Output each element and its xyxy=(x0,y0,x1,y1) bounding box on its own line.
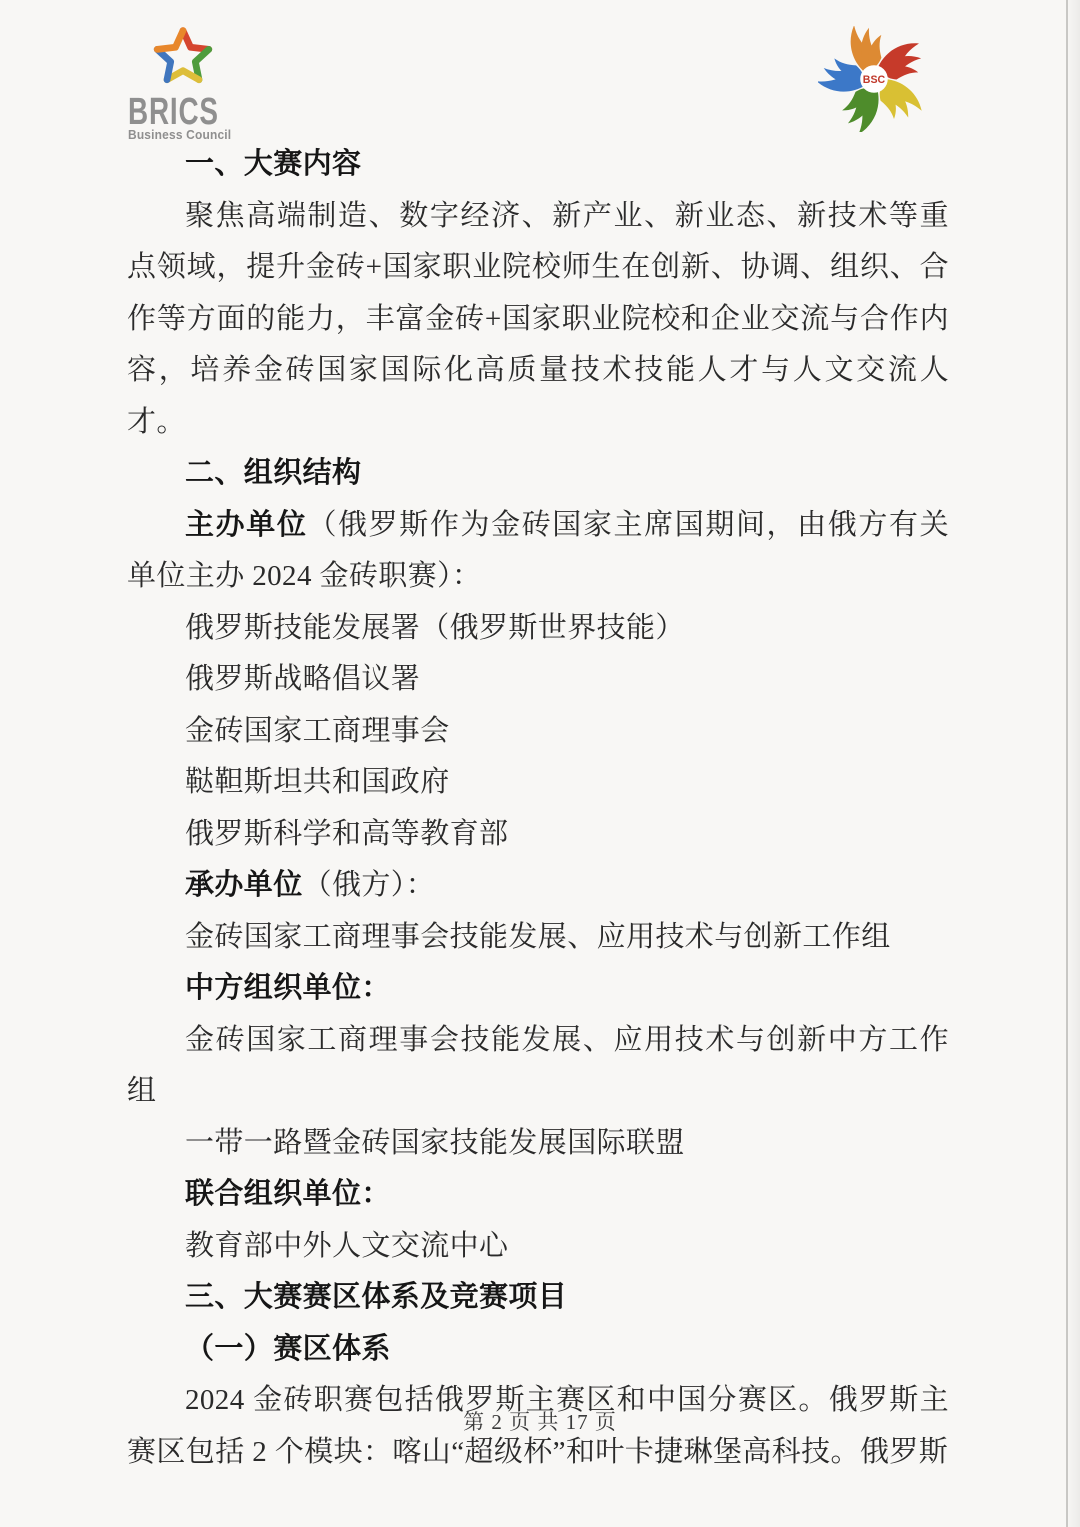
text-line: 金砖国家工商理事会技能发展、应用技术与创新中方工作组 xyxy=(127,1015,949,1118)
text-line: 聚焦高端制造、数字经济、新产业、新业态、新技术等重点领域，提升金砖+国家职业院校… xyxy=(127,191,949,449)
heading: 二、组织结构 xyxy=(127,448,949,500)
document-body: 一、大赛内容聚焦高端制造、数字经济、新产业、新业态、新技术等重点领域，提升金砖+… xyxy=(127,139,949,1478)
heading: 联合组织单位： xyxy=(127,1169,949,1221)
text-line: 金砖国家工商理事会技能发展、应用技术与创新工作组 xyxy=(127,912,949,964)
text-line: 主办单位（俄罗斯作为金砖国家主席国期间，由俄方有关单位主办 2024 金砖职赛）… xyxy=(127,500,949,603)
text-line: 金砖国家工商理事会 xyxy=(127,706,949,758)
bsc-logo: BSC xyxy=(818,26,930,132)
text-line: 教育部中外人文交流中心 xyxy=(127,1221,949,1273)
bold-label: 承办单位 xyxy=(185,869,303,901)
heading: 三、大赛赛区体系及竞赛项目 xyxy=(127,1272,949,1324)
scanned-document-page: { "page": { "background": "#f8f7f5", "fo… xyxy=(0,0,1080,1527)
text-line: 鞑靼斯坦共和国政府 xyxy=(127,757,949,809)
text-line: 俄罗斯战略倡议署 xyxy=(127,654,949,706)
bsc-center-label: BSC xyxy=(863,74,886,86)
star-segment-left xyxy=(157,49,170,79)
brics-star-icon xyxy=(146,26,220,92)
text-line: 俄罗斯科学和高等教育部 xyxy=(127,809,949,861)
page-edge-shade xyxy=(1066,0,1080,1527)
bold-label: 主办单位 xyxy=(185,509,307,541)
page-number: 第 2 页 共 17 页 xyxy=(0,1406,1080,1436)
star-segment-top-right xyxy=(183,31,209,50)
star-segment-top-left xyxy=(157,31,183,50)
text-line: 一带一路暨金砖国家技能发展国际联盟 xyxy=(127,1118,949,1170)
heading: 一、大赛内容 xyxy=(127,139,949,191)
heading: （一）赛区体系 xyxy=(127,1324,949,1376)
brics-wordmark: BRICS xyxy=(128,94,219,130)
text-line: 承办单位（俄方）： xyxy=(127,860,949,912)
brics-logo: BRICS Business Council xyxy=(128,26,258,144)
text-line: 俄罗斯技能发展署（俄罗斯世界技能） xyxy=(127,603,949,655)
text-run: （俄方）： xyxy=(303,869,436,901)
heading: 中方组织单位： xyxy=(127,963,949,1015)
